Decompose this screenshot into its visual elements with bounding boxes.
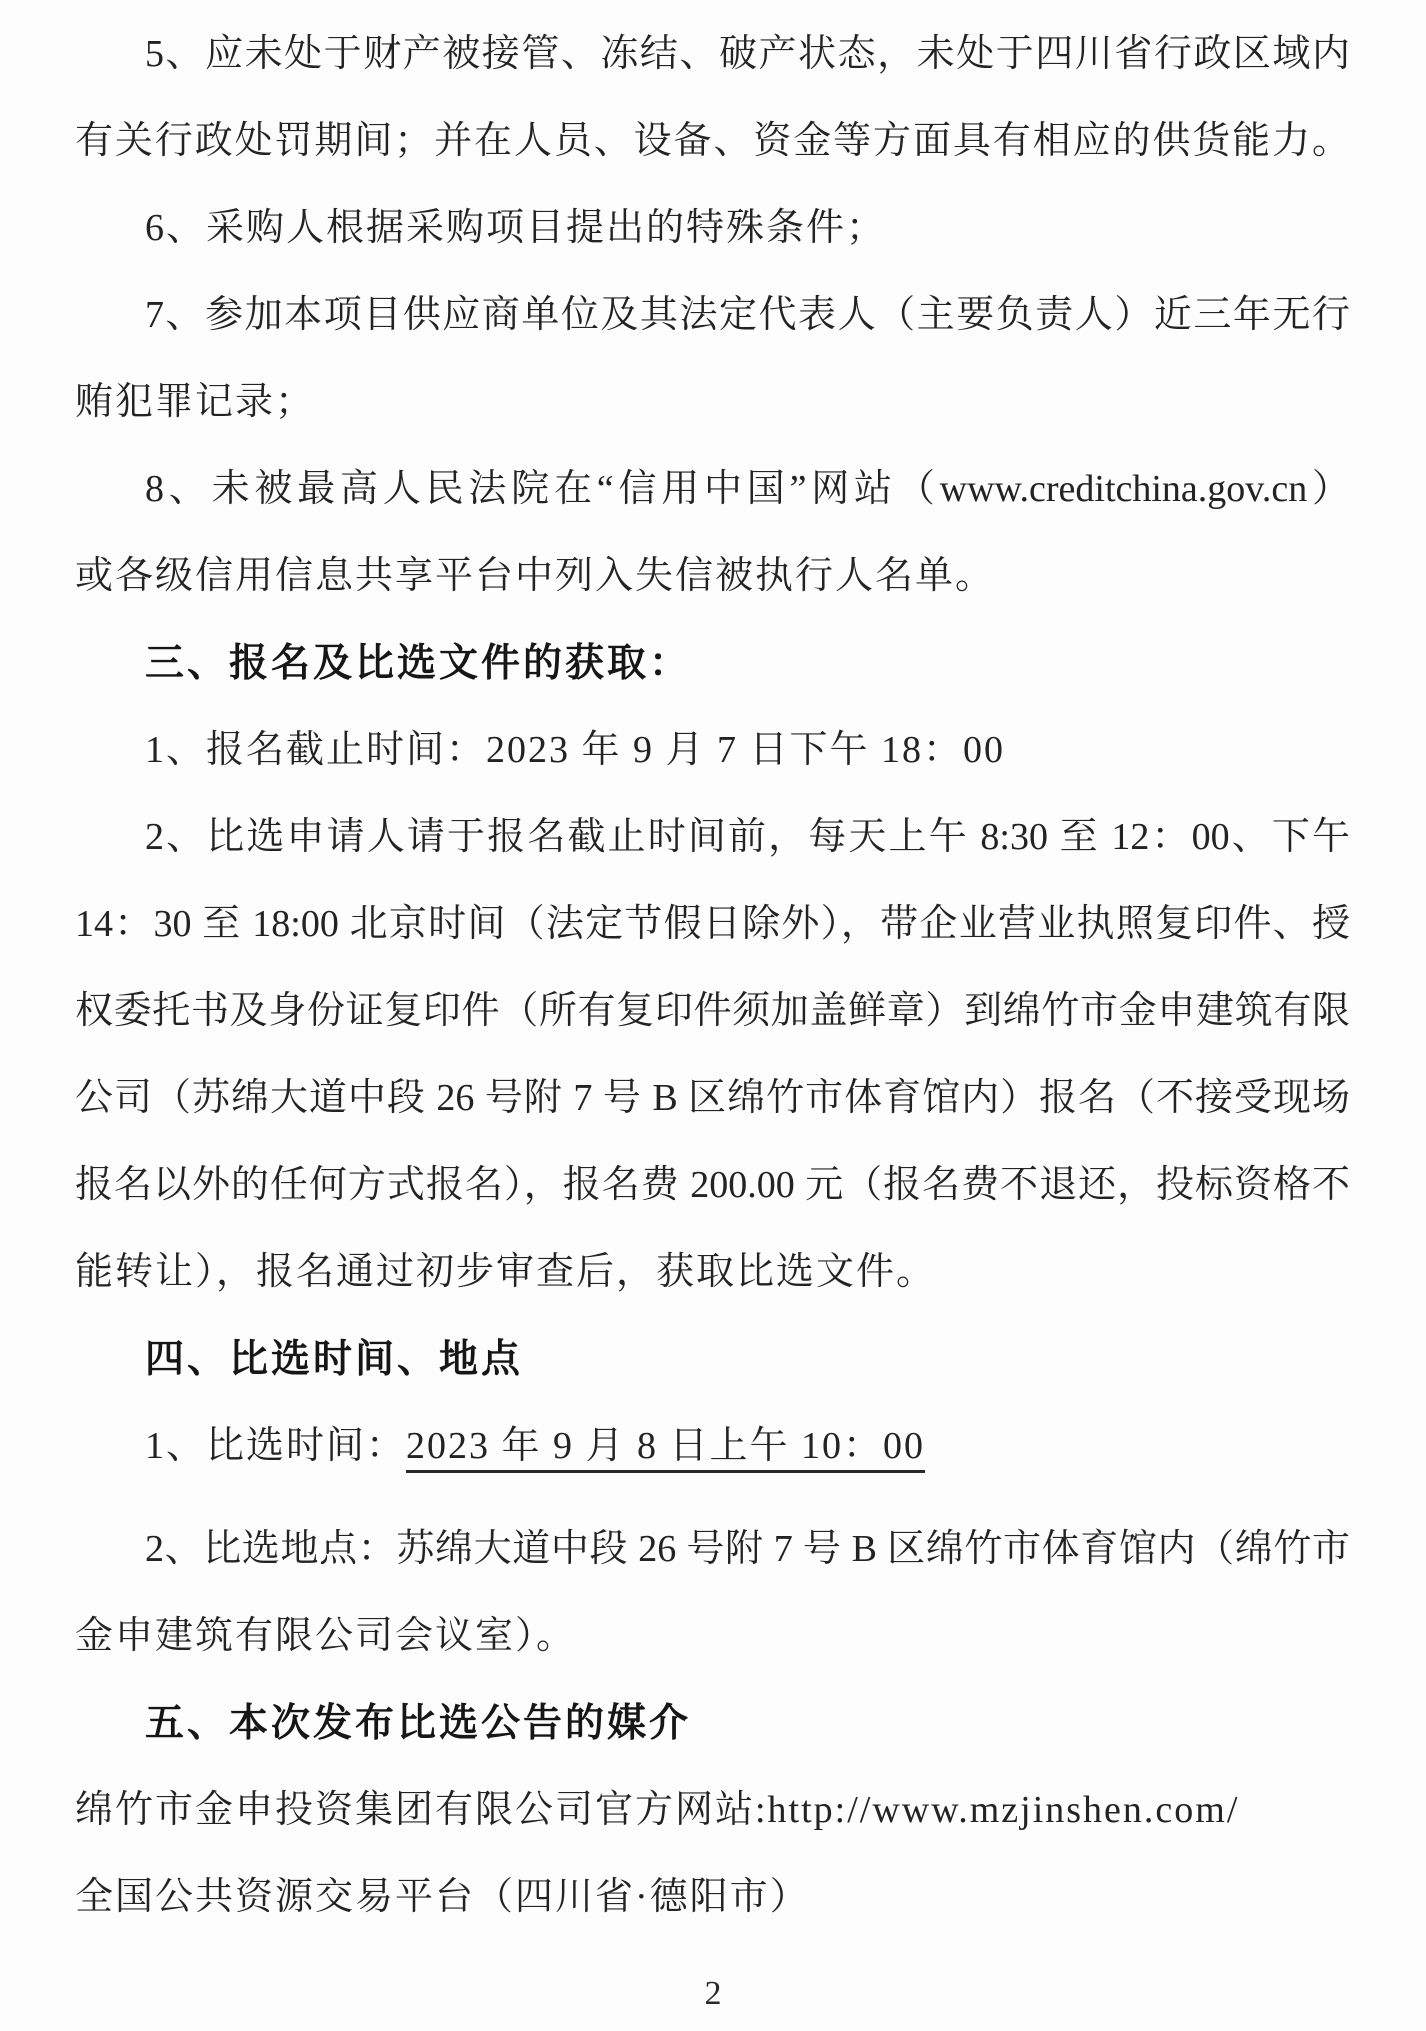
item-8-line-2: 或各级信用信息共享平台中列入失信被执行人名单。 — [75, 533, 1350, 620]
section-3-item-2-line-4: 公司（苏绵大道中段 26 号附 7 号 B 区绵竹市体育馆内）报名（不接受现场 — [75, 1055, 1350, 1142]
section-4-item-2-line-1: 2、比选地点：苏绵大道中段 26 号附 7 号 B 区绵竹市体育馆内（绵竹市 — [75, 1506, 1350, 1593]
section-4-heading: 四、比选时间、地点 — [75, 1316, 1350, 1403]
section-3-item-2-line-2: 14：30 至 18:00 北京时间（法定节假日除外），带企业营业执照复印件、授 — [75, 881, 1350, 968]
selection-time-underlined-date: 2023 年 9 月 8 日上午 10：00 — [406, 1425, 925, 1467]
section-3-item-2-line-5: 报名以外的任何方式报名），报名费 200.00 元（报名费不退还，投标资格不 — [75, 1142, 1350, 1229]
document-page: 5、应未处于财产被接管、冻结、破产状态，未处于四川省行政区域内 有关行政处罚期间… — [75, 11, 1350, 1941]
item-8-line-1: 8、未被最高人民法院在“信用中国”网站（www.creditchina.gov.… — [75, 446, 1350, 533]
selection-time-label: 1、比选时间： — [145, 1425, 406, 1467]
section-3-item-2-line-1: 2、比选申请人请于报名截止时间前，每天上午 8:30 至 12：00、下午 — [75, 794, 1350, 881]
item-5-line-2: 有关行政处罚期间；并在人员、设备、资金等方面具有相应的供货能力。 — [75, 98, 1350, 185]
section-5-heading: 五、本次发布比选公告的媒介 — [75, 1680, 1350, 1767]
item-7-line-2: 贿犯罪记录； — [75, 359, 1350, 446]
media-platform-line: 全国公共资源交易平台（四川省·德阳市） — [75, 1854, 1350, 1941]
section-3-item-2-line-6: 能转让），报名通过初步审查后，获取比选文件。 — [75, 1229, 1350, 1316]
section-3-heading: 三、报名及比选文件的获取： — [75, 620, 1350, 707]
page-number: 2 — [0, 1972, 1426, 2016]
item-5-line-1: 5、应未处于财产被接管、冻结、破产状态，未处于四川省行政区域内 — [75, 11, 1350, 98]
item-6: 6、采购人根据采购项目提出的特殊条件； — [75, 185, 1350, 272]
section-3-item-2-line-3: 权委托书及身份证复印件（所有复印件须加盖鲜章）到绵竹市金申建筑有限 — [75, 968, 1350, 1055]
section-4-item-2-line-2: 金申建筑有限公司会议室）。 — [75, 1593, 1350, 1680]
media-website-line: 绵竹市金申投资集团有限公司官方网站:http://www.mzjinshen.c… — [75, 1767, 1350, 1854]
section-4-item-1: 1、比选时间：2023 年 9 月 8 日上午 10：00 — [75, 1403, 1350, 1490]
item-7-line-1: 7、参加本项目供应商单位及其法定代表人（主要负责人）近三年无行 — [75, 272, 1350, 359]
section-3-item-1: 1、报名截止时间：2023 年 9 月 7 日下午 18：00 — [75, 707, 1350, 794]
